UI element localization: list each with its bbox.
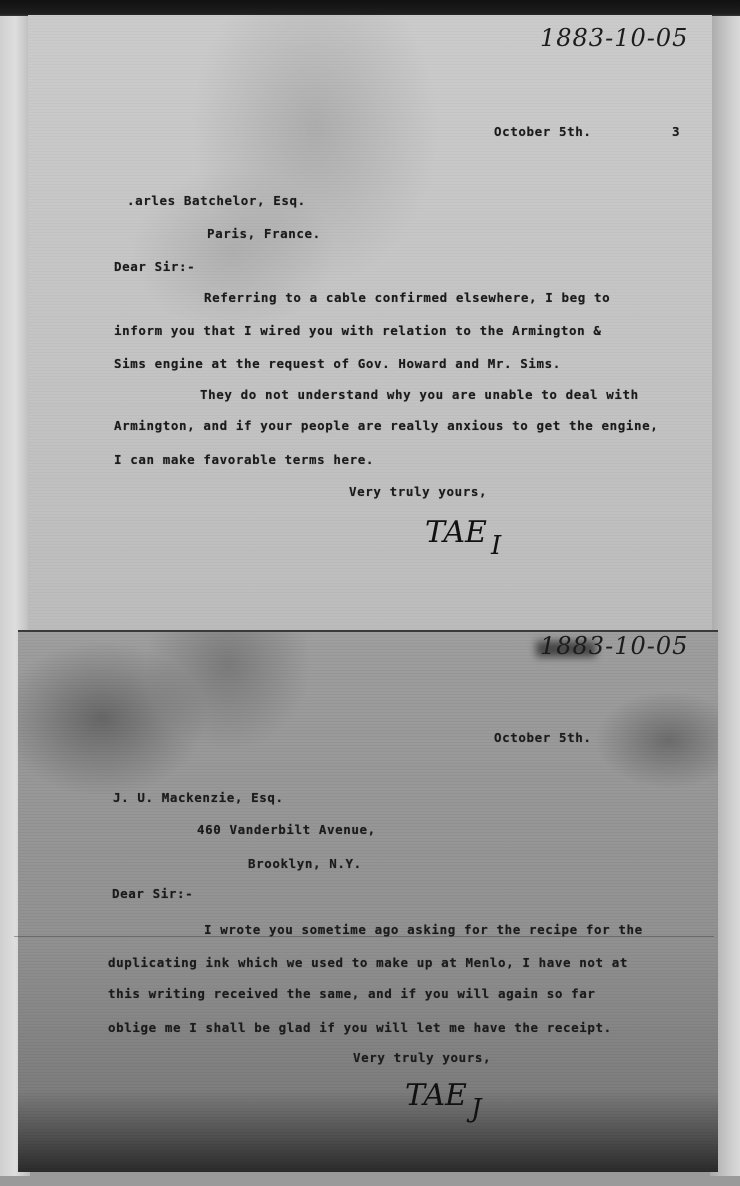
letter-1-recipient-name: .arles Batchelor, Esq. — [127, 193, 306, 208]
scanned-page: 1883-10-05 October 5th. 3 .arles Batchel… — [0, 0, 740, 1186]
letter-sheet-2 — [18, 630, 718, 1172]
letter-1-body-line: Referring to a cable confirmed elsewhere… — [204, 290, 610, 305]
signature-flourish: I — [491, 531, 501, 561]
signature-initials: TAE — [405, 1078, 467, 1113]
letter-1-date: October 5th. — [494, 124, 592, 139]
letter-2-recipient-address-line-2: Brooklyn, N.Y. — [248, 856, 362, 871]
signature-initials: TAE — [425, 515, 487, 550]
letter-2-body-line: this writing received the same, and if y… — [108, 986, 596, 1001]
letter-1-body-line: Sims engine at the request of Gov. Howar… — [114, 356, 561, 371]
letter-2-body-line: oblige me I shall be glad if you will le… — [108, 1020, 612, 1035]
letter-2-signature: TAEJ — [405, 1078, 477, 1113]
letter-2-date: October 5th. — [494, 730, 592, 745]
letter-1-body-line: I can make favorable terms here. — [114, 452, 374, 467]
letter-2-salutation: Dear Sir:- — [112, 886, 193, 901]
archive-date-stamp-2: 1883-10-05 — [540, 632, 688, 660]
letter-1-body-line: Armington, and if your people are really… — [114, 418, 658, 433]
letter-2-body-line: duplicating ink which we used to make up… — [108, 955, 628, 970]
letter-2-body-line: I wrote you sometime ago asking for the … — [204, 922, 643, 937]
letter-2-closing: Very truly yours, — [353, 1050, 491, 1065]
letter-1-body-line: inform you that I wired you with relatio… — [114, 323, 602, 338]
letter-1-salutation: Dear Sir:- — [114, 259, 195, 274]
letter-2-recipient-name: J. U. Mackenzie, Esq. — [113, 790, 284, 805]
letter-2-recipient-address-line-1: 460 Vanderbilt Avenue, — [197, 822, 376, 837]
page-number: 3 — [672, 124, 680, 139]
letter-1-signature: TAEI — [425, 515, 497, 550]
letter-1-recipient-address: Paris, France. — [207, 226, 321, 241]
letter-1-closing: Very truly yours, — [349, 484, 487, 499]
signature-flourish: J — [471, 1094, 481, 1124]
letter-1-body-line: They do not understand why you are unabl… — [200, 387, 639, 402]
archive-date-stamp-1: 1883-10-05 — [540, 24, 688, 52]
